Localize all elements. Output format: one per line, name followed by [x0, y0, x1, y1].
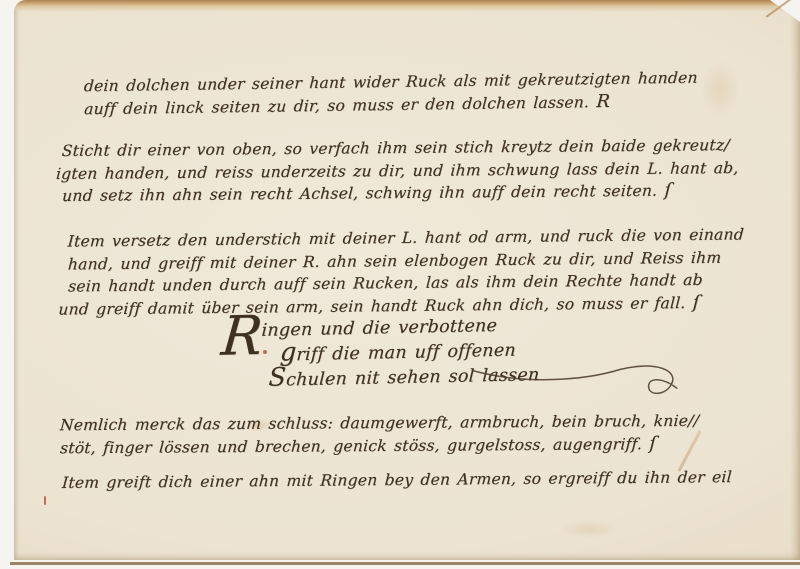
paragraph-end-flourish: ſ: [692, 291, 700, 312]
manuscript-photo: dein dolchen under seiner hant wider Ruc…: [0, 0, 800, 569]
page-bottom-edge-line: [10, 562, 800, 565]
page-top-browned-edge: [14, 0, 800, 12]
text-line: stöt, finger lössen und brechen, genick …: [59, 432, 700, 459]
paragraph-1: dein dolchen under seiner hant wider Ruc…: [84, 67, 698, 121]
paragraph-end-flourish: R: [596, 90, 611, 111]
page-right-shading: [790, 0, 800, 560]
paragraph-3: Item versetz den understich mit deiner L…: [68, 223, 745, 320]
paragraph-end-flourish: ſ: [649, 433, 657, 454]
paragraph-end-flourish: ſ: [664, 180, 672, 201]
decorated-initial-R: R: [219, 309, 264, 364]
section-heading: R ingen und die verbottene griff die man…: [261, 315, 539, 392]
paragraph-4: Nemlich merck das zum schluss: daumgewer…: [60, 410, 699, 459]
paragraph-2: Sticht dir einer von oben, so verfach ih…: [62, 134, 739, 207]
calligraphic-swash: [470, 358, 701, 407]
red-rubric-tick: [44, 496, 46, 505]
